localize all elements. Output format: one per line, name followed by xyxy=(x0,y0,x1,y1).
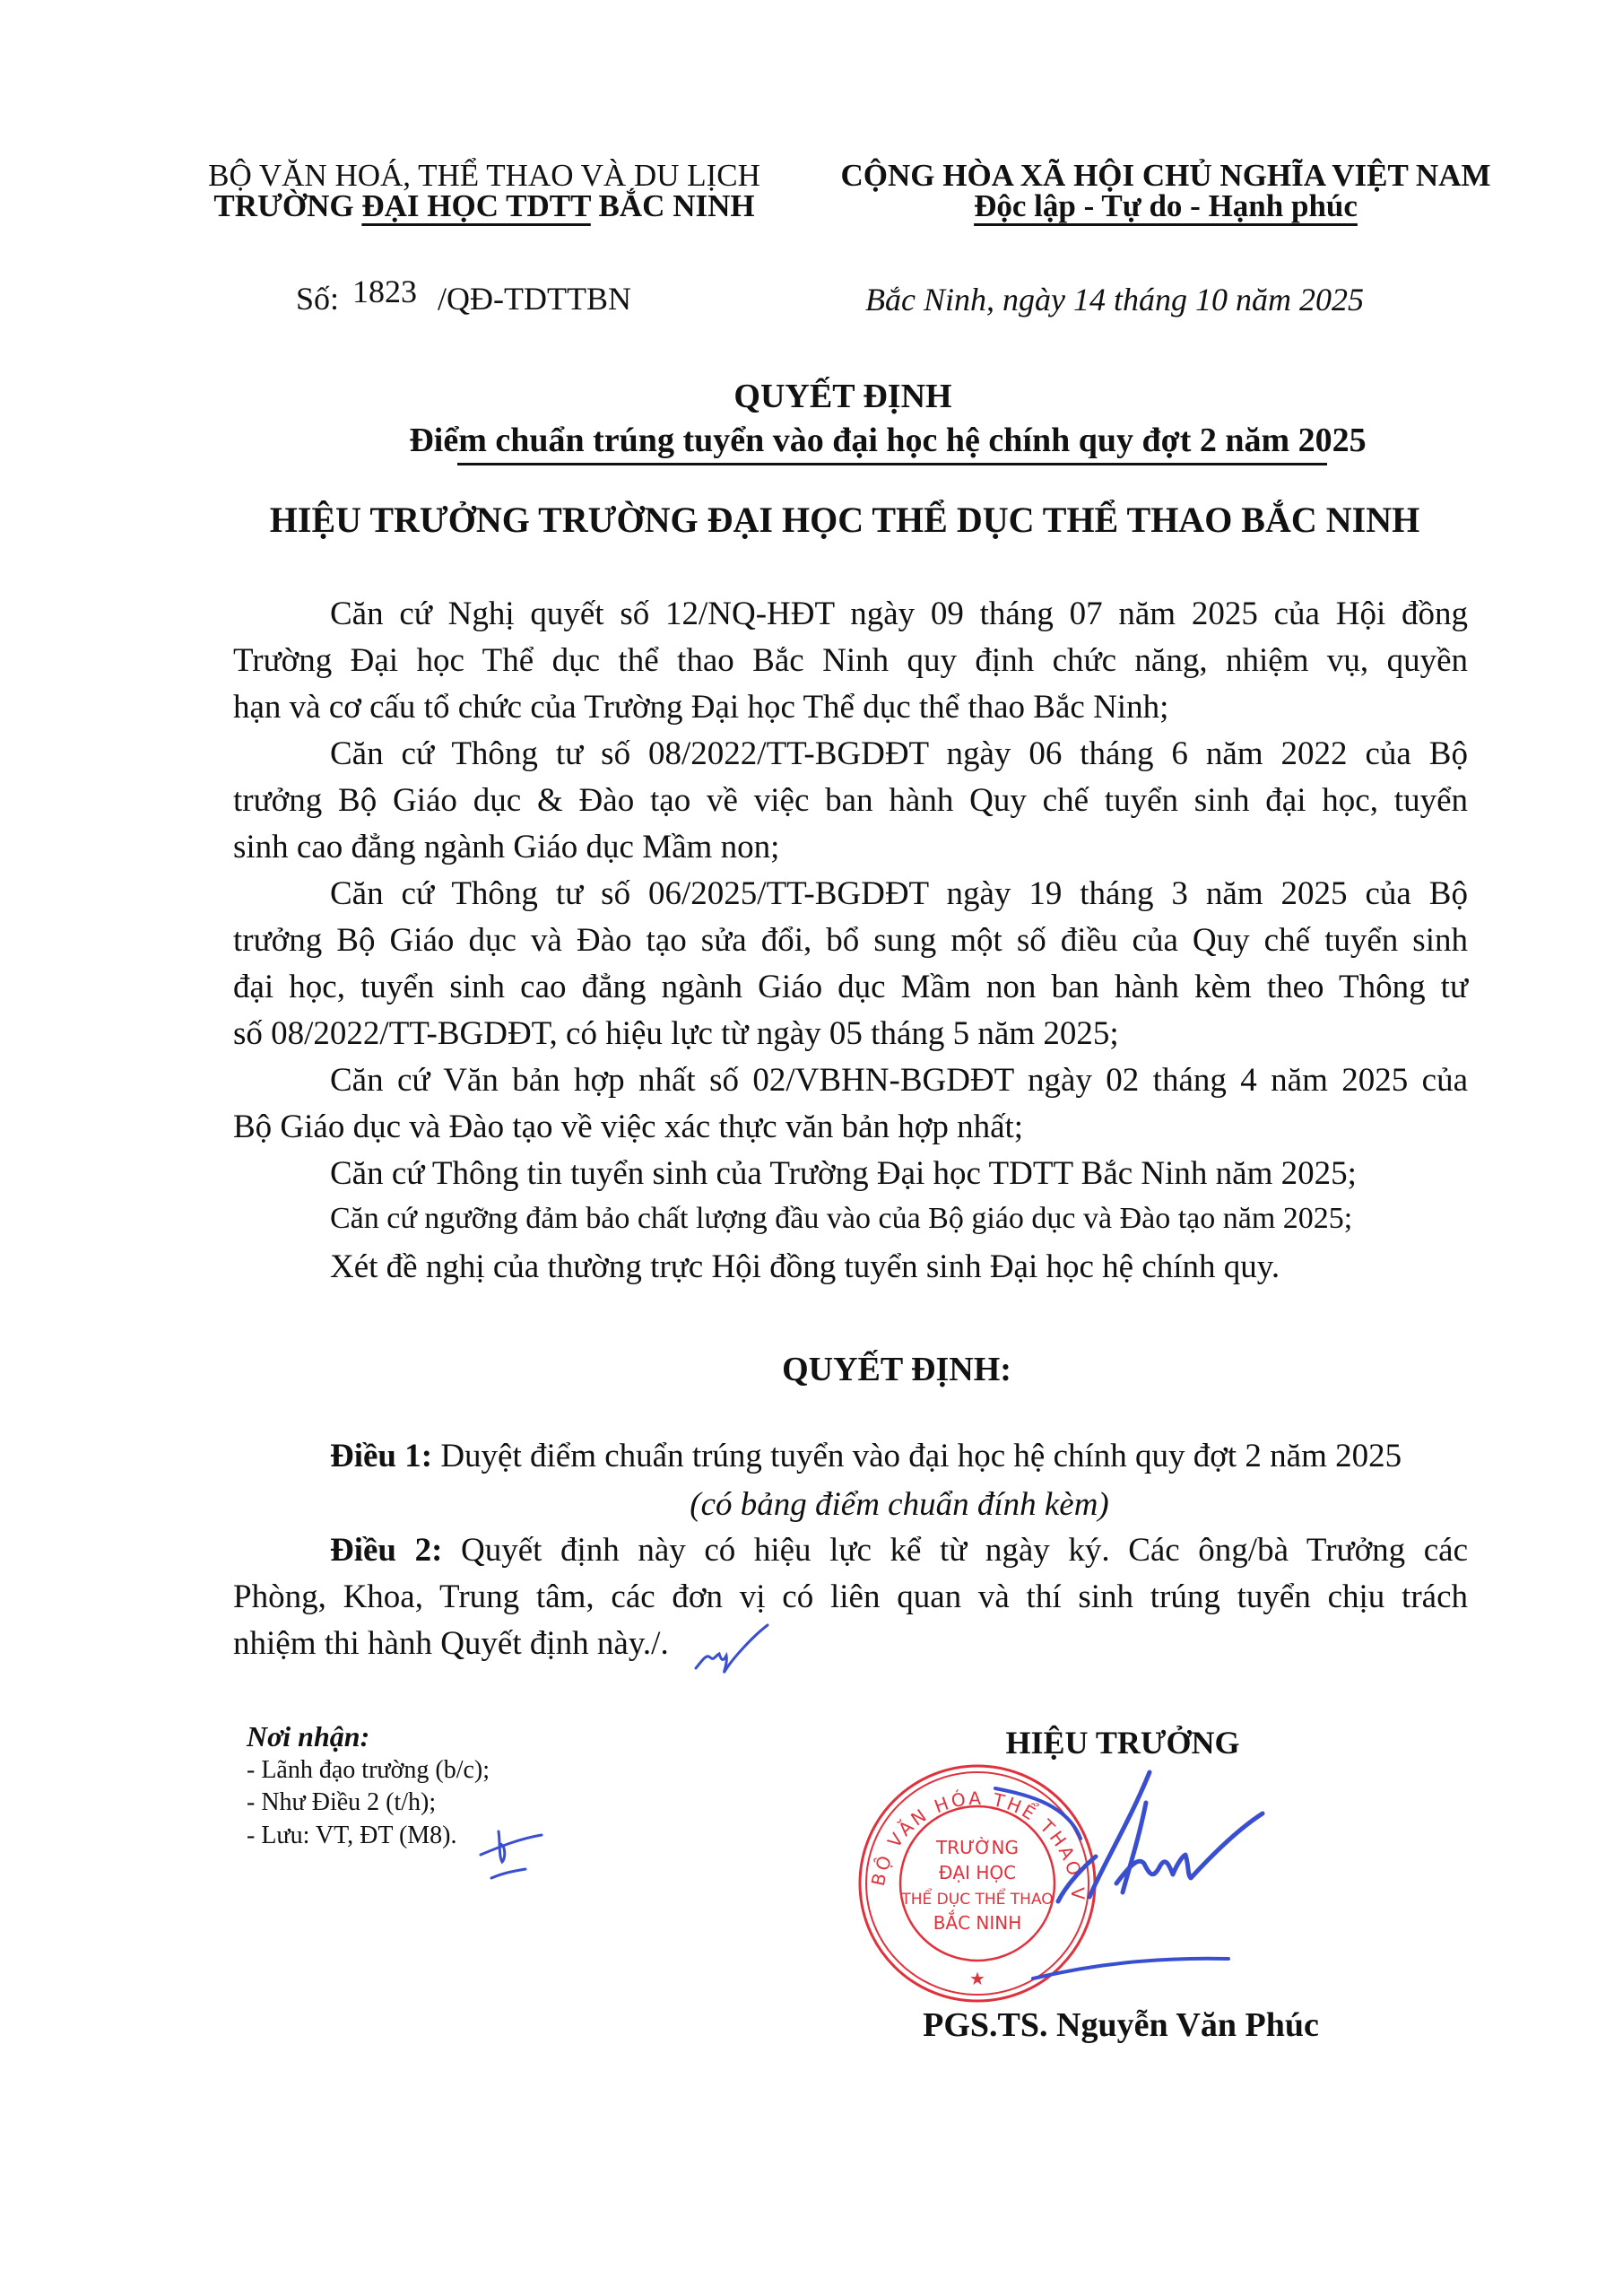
preamble-line: trưởng Bộ Giáo dục và Đào tạo sửa đổi, b… xyxy=(233,924,1468,957)
document-number: Số: 1823 /QĐ-TDTTBN xyxy=(296,280,631,317)
initials-mark xyxy=(690,1623,771,1677)
signer-title: HIỆU TRƯỞNG xyxy=(1005,1724,1239,1761)
decision-subject: Điểm chuẩn trúng tuyển vào đại học hệ ch… xyxy=(409,421,1366,460)
preamble-line: Căn cứ Thông tư số 06/2025/TT-BGDĐT ngày… xyxy=(330,877,1468,910)
preamble-line: Bộ Giáo dục và Đào tạo về việc xác thực … xyxy=(233,1110,1468,1144)
country-name: CỘNG HÒA XÃ HỘI CHỦ NGHĨA VIỆT NAM xyxy=(840,160,1490,191)
preamble-line: Xét đề nghị của thường trực Hội đồng tuy… xyxy=(330,1250,1468,1283)
school-prefix: TRƯỜNG xyxy=(213,188,361,223)
school-name: TRƯỜNG ĐẠI HỌC TDTT BẮC NINH xyxy=(213,190,754,222)
preamble-line: Căn cứ Nghị quyết số 12/NQ-HĐT ngày 09 t… xyxy=(330,597,1468,631)
preamble-line: trưởng Bộ Giáo dục & Đào tạo về việc ban… xyxy=(233,784,1468,817)
preamble-line: sinh cao đẳng ngành Giáo dục Mầm non; xyxy=(233,831,1468,864)
article-2-line-3: nhiệm thi hành Quyết định này./. xyxy=(233,1627,1468,1660)
recipients-label: Nơi nhận: xyxy=(247,1720,369,1753)
article-1: Điều 1: Duyệt điểm chuẩn trúng tuyển vào… xyxy=(330,1437,1402,1475)
number-suffix: /QĐ-TDTTBN xyxy=(438,281,631,317)
preamble-line: Căn cứ Văn bản hợp nhất số 02/VBHN-BGDĐT… xyxy=(330,1064,1468,1097)
number-value: 1823 xyxy=(352,274,417,309)
preamble-line: Căn cứ ngưỡng đảm bảo chất lượng đầu vào… xyxy=(330,1204,1468,1234)
preamble-line: Căn cứ Thông tư số 08/2022/TT-BGDĐT ngày… xyxy=(330,737,1468,770)
signer-name: PGS.TS. Nguyễn Văn Phúc xyxy=(923,2005,1319,2045)
recipient-item: - Như Điều 2 (t/h); xyxy=(247,1790,436,1815)
ministry-name: BỘ VĂN HOÁ, THỂ THAO VÀ DU LỊCH xyxy=(208,160,760,191)
decision-articles-heading: QUYẾT ĐỊNH: xyxy=(782,1350,1011,1389)
subject-underline xyxy=(457,463,1327,465)
article-2-label: Điều 2: xyxy=(330,1532,442,1569)
decision-heading: QUYẾT ĐỊNH xyxy=(733,377,951,416)
issuing-authority: HIỆU TRƯỞNG TRƯỜNG ĐẠI HỌC THỂ DỤC THỂ T… xyxy=(270,499,1419,541)
school-underlined: ĐẠI HỌC TDTT xyxy=(361,188,590,223)
preamble-line: số 08/2022/TT-BGDĐT, có hiệu lực từ ngày… xyxy=(233,1017,1468,1050)
preamble-line: Trường Đại học Thể dục thể thao Bắc Ninh… xyxy=(233,644,1468,677)
article-2-line-2: Phòng, Khoa, Trung tâm, các đơn vị có li… xyxy=(233,1580,1468,1613)
recipient-item: - Lưu: VT, ĐT (M8). xyxy=(247,1823,457,1848)
preamble-line: hạn và cơ cấu tổ chức của Trường Đại học… xyxy=(233,691,1468,724)
school-suffix: BẮC NINH xyxy=(591,188,755,223)
place-date: Bắc Ninh, ngày 14 tháng 10 năm 2025 xyxy=(865,281,1364,318)
preamble-line: đại học, tuyển sinh cao đẳng ngành Giáo … xyxy=(233,970,1468,1004)
article-2-line-1: Điều 2: Quyết định này có hiệu lực kể từ… xyxy=(330,1534,1468,1567)
article-1-note: (có bảng điểm chuẩn đính kèm) xyxy=(690,1485,1109,1524)
clerk-initials-mark xyxy=(475,1819,547,1882)
recipient-item: - Lãnh đạo trường (b/c); xyxy=(247,1758,490,1783)
director-signature xyxy=(888,1767,1282,1982)
article-1-text: Duyệt điểm chuẩn trúng tuyển vào đại học… xyxy=(432,1438,1402,1474)
article-1-label: Điều 1: xyxy=(330,1438,432,1474)
preamble-line: Căn cứ Thông tin tuyển sinh của Trường Đ… xyxy=(330,1157,1468,1190)
number-label: Số: xyxy=(296,281,339,317)
article-2-text: Quyết định này có hiệu lực kể từ ngày ký… xyxy=(442,1532,1468,1569)
national-motto: Độc lập - Tự do - Hạnh phúc xyxy=(974,190,1358,222)
